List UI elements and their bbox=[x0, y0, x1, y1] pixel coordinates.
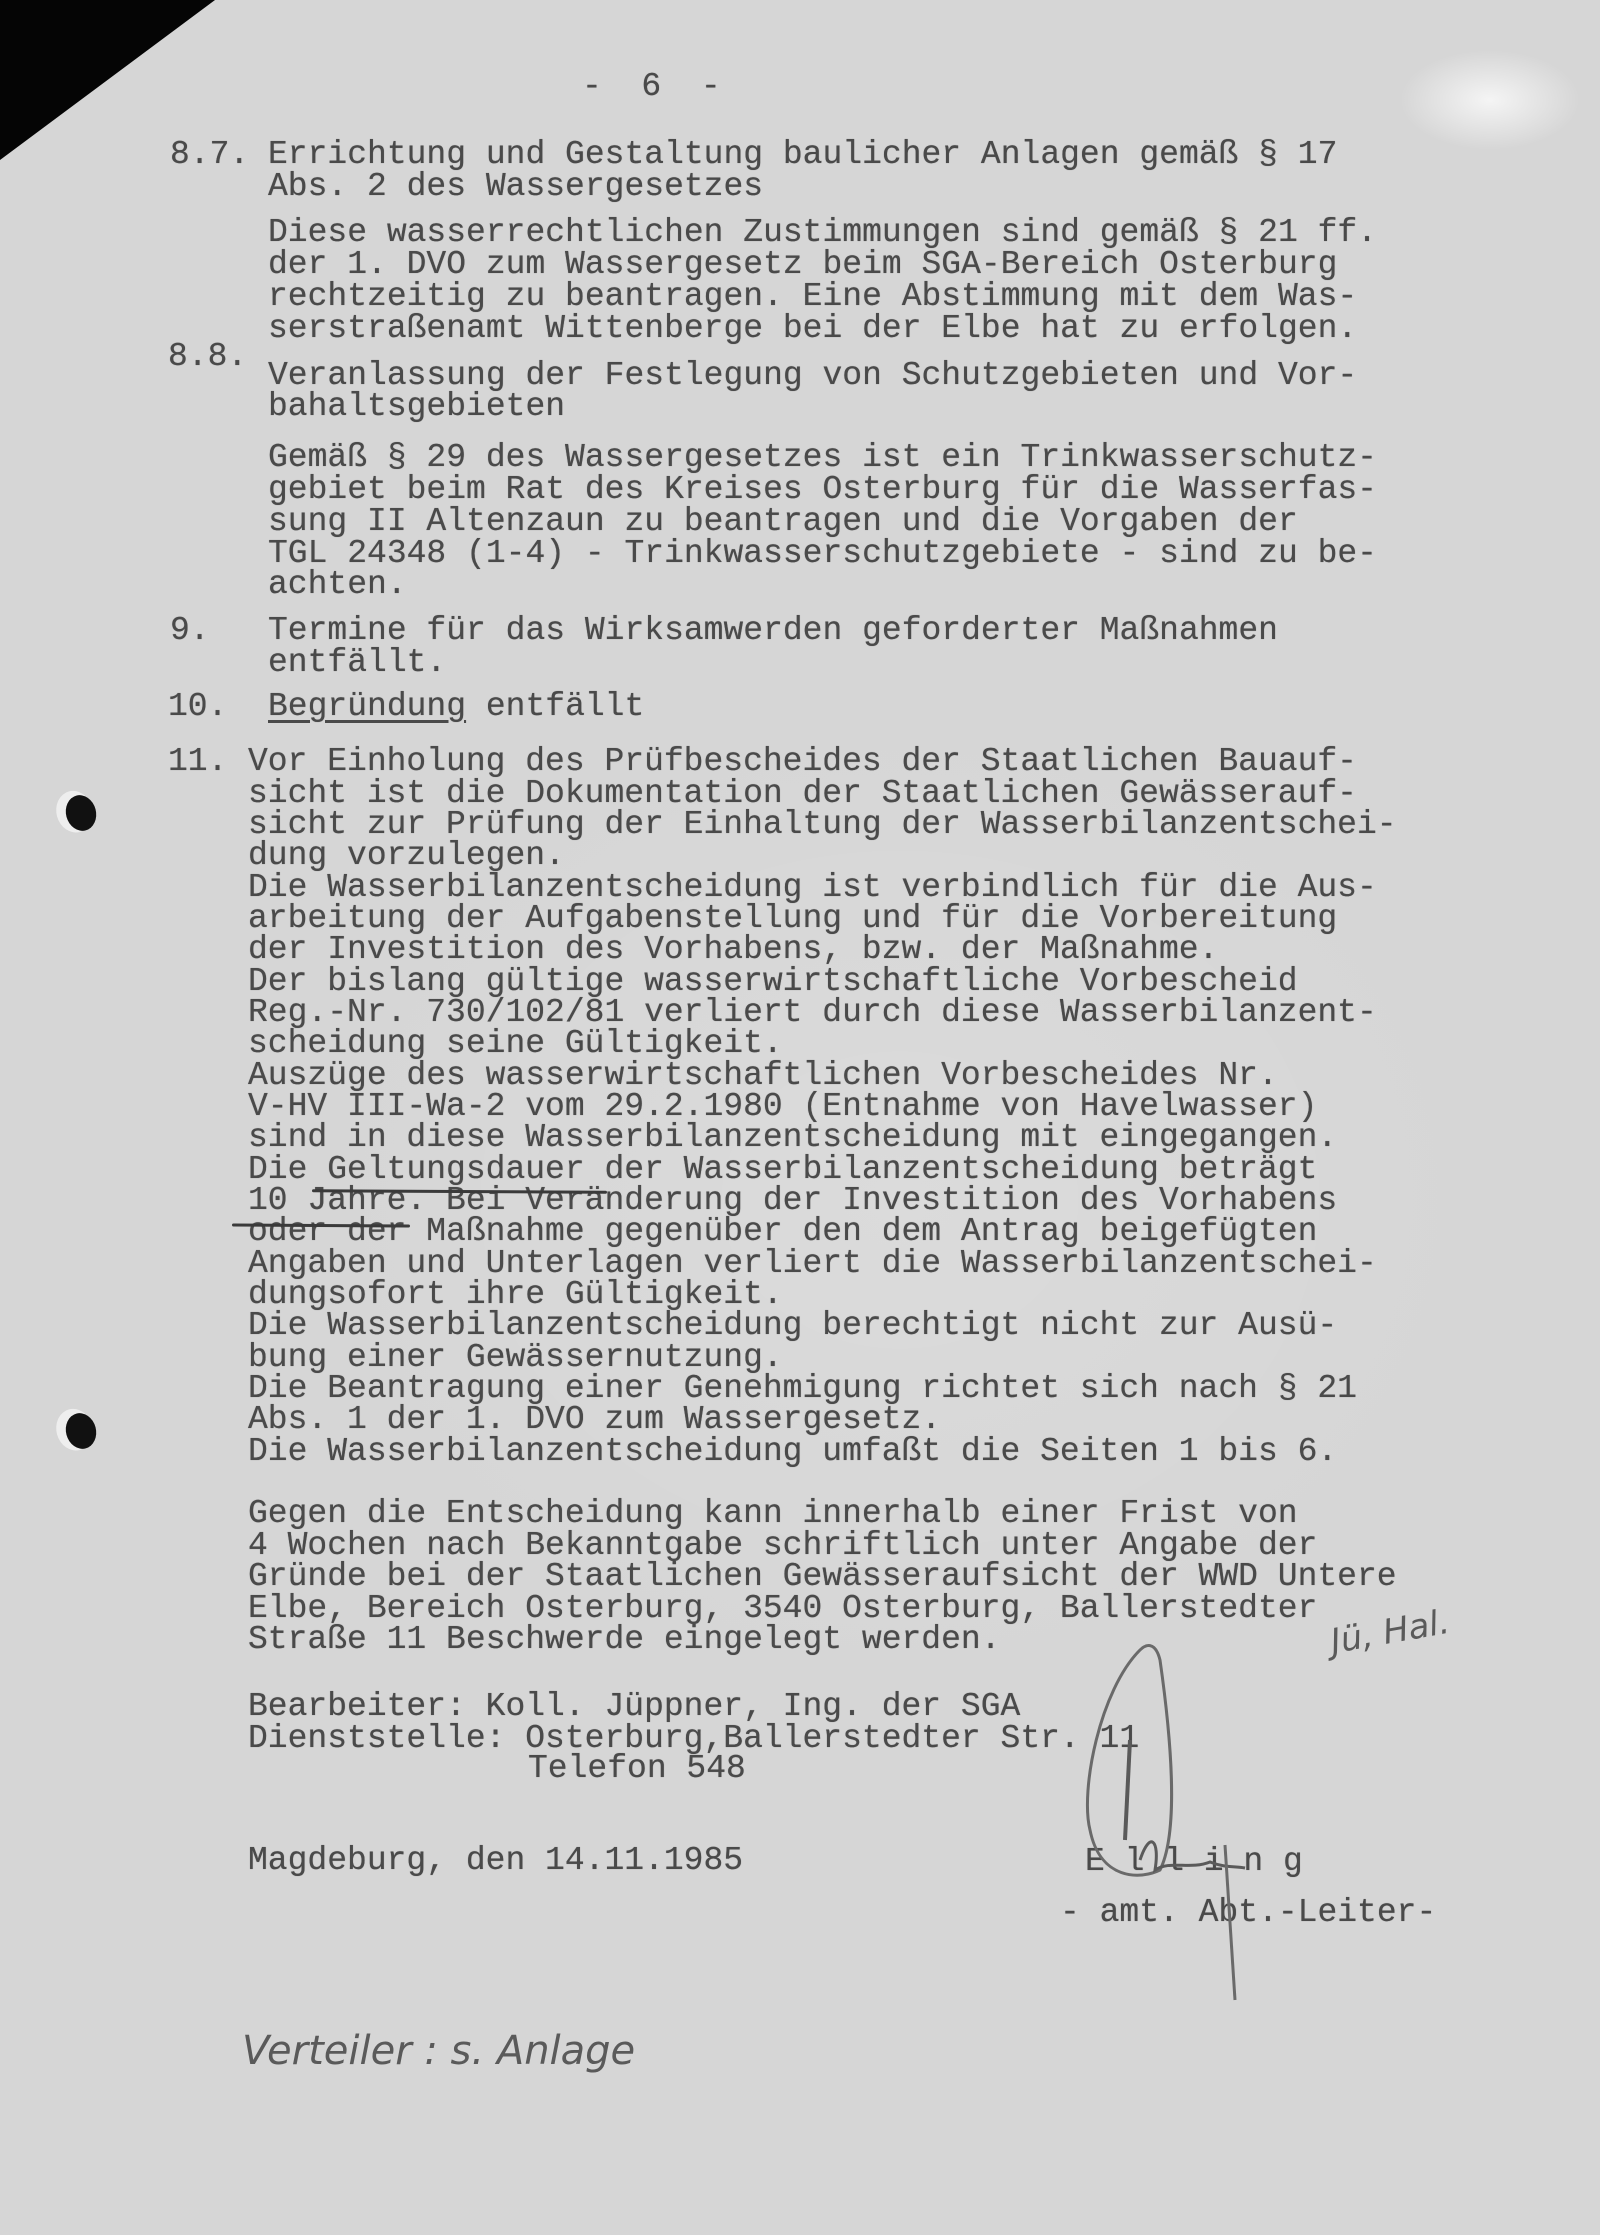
appeal-line: Straße 11 Beschwerde eingelegt werden. bbox=[248, 1623, 1001, 1656]
body-line: Abs. 1 der 1. DVO zum Wassergesetz. bbox=[248, 1403, 941, 1436]
bearbeiter-line: Bearbeiter: Koll. Jüppner, Ing. der SGA bbox=[248, 1690, 1020, 1723]
body-line: sind in diese Wasserbilanzentscheidung m… bbox=[248, 1121, 1337, 1154]
body-line: Vor Einholung des Prüfbescheides der Sta… bbox=[248, 745, 1357, 778]
signature-icon bbox=[1060, 1630, 1320, 2010]
place-date: Magdeburg, den 14.11.1985 bbox=[248, 1844, 743, 1877]
body-line: rechtzeitig zu beantragen. Eine Abstimmu… bbox=[268, 280, 1357, 313]
body-line: dung vorzulegen. bbox=[248, 839, 565, 872]
body-line: serstraßenamt Wittenberge bei der Elbe h… bbox=[268, 312, 1357, 345]
body-line: der 1. DVO zum Wassergesetz beim SGA-Ber… bbox=[268, 248, 1337, 281]
section-10-label: 10. bbox=[168, 690, 227, 723]
section-11-label: 11. bbox=[168, 745, 227, 778]
appeal-line: Elbe, Bereich Osterburg, 3540 Osterburg,… bbox=[248, 1592, 1317, 1625]
body-line: scheidung seine Gültigkeit. bbox=[248, 1027, 783, 1060]
body-line: Diese wasserrechtlichen Zustimmungen sin… bbox=[268, 216, 1377, 249]
section-9-label: 9. bbox=[170, 614, 210, 647]
section-8-7-label: 8.7. bbox=[170, 138, 249, 171]
appeal-line: Gründe bei der Staatlichen Gewässeraufsi… bbox=[248, 1560, 1397, 1593]
body-line: der Investition des Vorhabens, bzw. der … bbox=[248, 933, 1218, 966]
telefon-line: Telefon 548 bbox=[528, 1752, 746, 1785]
section-10-text: Begründung entfällt bbox=[268, 690, 644, 723]
section-8-7-title-line: Abs. 2 des Wassergesetzes bbox=[268, 170, 763, 203]
section-8-7-title-line: Errichtung und Gestaltung baulicher Anla… bbox=[268, 138, 1337, 171]
section-8-8-title-line: bahaltsgebieten bbox=[268, 390, 565, 423]
body-line: sung II Altenzaun zu beantragen und die … bbox=[268, 505, 1298, 538]
handwritten-distribution-note: Verteiler : s. Anlage bbox=[242, 2028, 635, 2074]
page-number: - 6 - bbox=[582, 70, 721, 103]
section-10-rest: entfällt bbox=[466, 688, 644, 725]
section-9-line: entfällt. bbox=[268, 646, 446, 679]
section-8-8-label: 8.8. bbox=[168, 340, 247, 373]
body-line: Gemäß § 29 des Wassergesetzes ist ein Tr… bbox=[268, 441, 1377, 474]
body-line: Die Wasserbilanzentscheidung umfaßt die … bbox=[248, 1435, 1337, 1468]
appeal-line: Gegen die Entscheidung kann innerhalb ei… bbox=[248, 1497, 1298, 1530]
appeal-line: 4 Wochen nach Bekanntgabe schriftlich un… bbox=[248, 1529, 1317, 1562]
body-line: oder der Maßnahme gegenüber den dem Antr… bbox=[248, 1215, 1317, 1248]
section-9-line: Termine für das Wirksamwerden geforderte… bbox=[268, 614, 1278, 647]
body-line: TGL 24348 (1-4) - Trinkwasserschutzgebie… bbox=[268, 537, 1377, 570]
section-10-heading-underlined: Begründung bbox=[268, 688, 466, 725]
body-line: Die Wasserbilanzentscheidung berechtigt … bbox=[248, 1309, 1337, 1342]
body-line: gebiet beim Rat des Kreises Osterburg fü… bbox=[268, 473, 1377, 506]
body-line: achten. bbox=[268, 568, 407, 601]
